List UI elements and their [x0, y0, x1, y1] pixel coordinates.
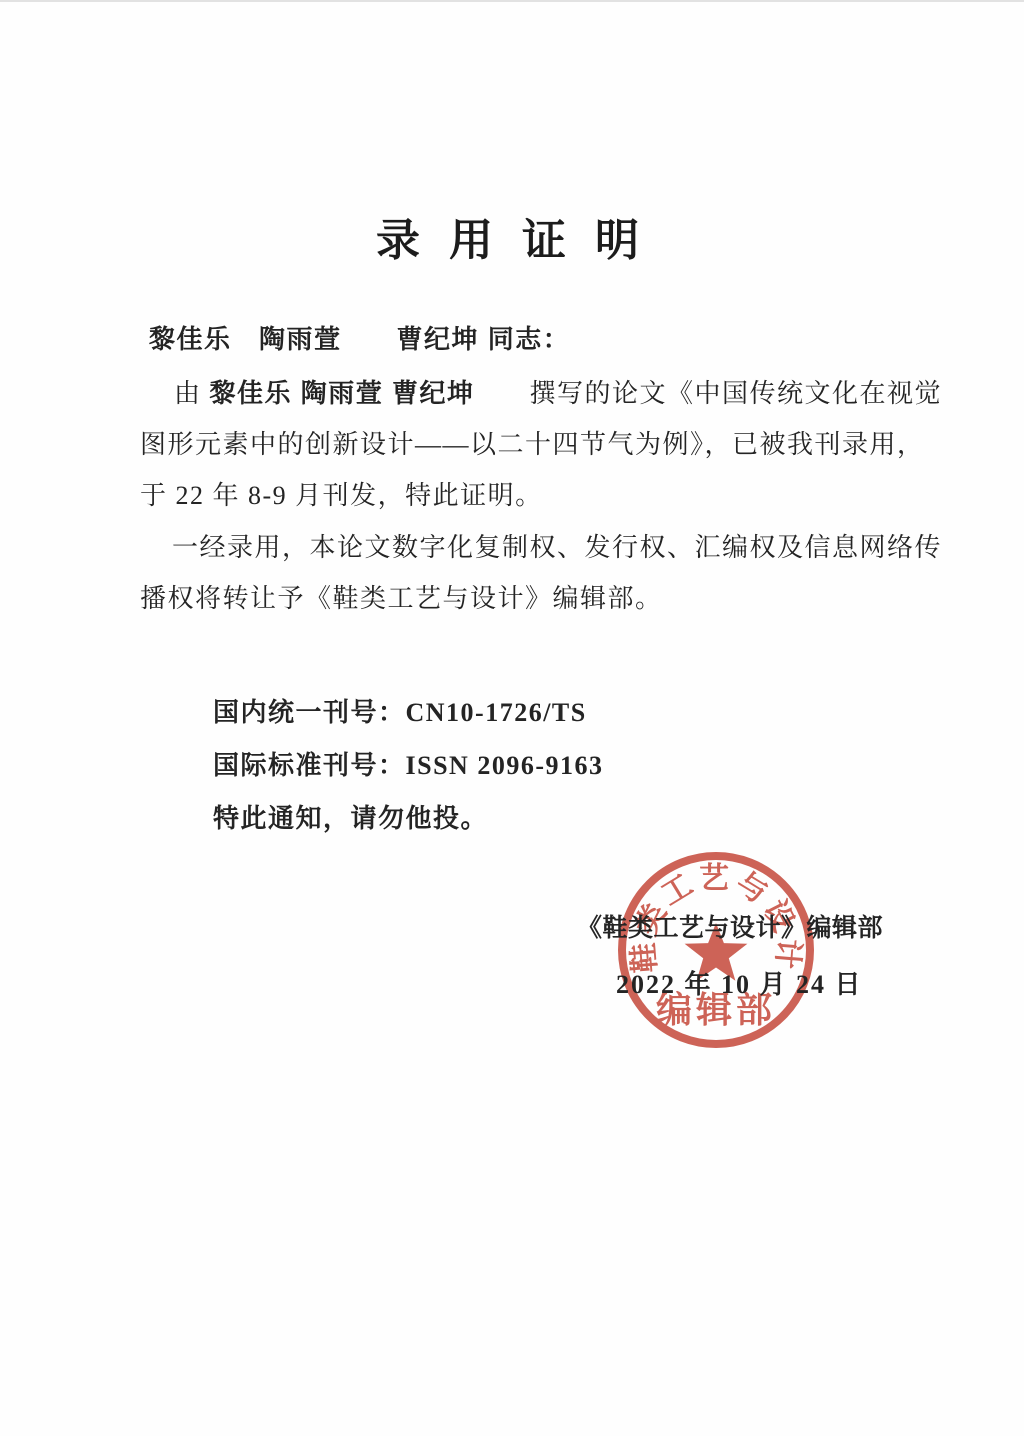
body-line-2: 图形元素中的创新设计——以二十四节气为例》，已被我刊录用， — [140, 428, 925, 462]
notice-line: 特此通知，请勿他投。 — [213, 802, 488, 836]
body-line-3: 于 22 年 8-9 月刊发，特此证明。 — [140, 479, 543, 513]
body-line-5: 播权将转让予《鞋类工艺与设计》编辑部。 — [140, 582, 663, 616]
author-names: 黎佳乐 陶雨萱 曹纪坤 — [210, 378, 475, 408]
editorial-stamp: 鞋类工艺与设计 编辑部 — [596, 830, 836, 1070]
signature-organization: 《鞋类工艺与设计》编辑部 — [577, 912, 883, 946]
signature-date: 2022 年 10 月 24 日 — [616, 968, 863, 1002]
issn-number-line: 国际标准刊号：ISSN 2096-9163 — [213, 749, 603, 783]
body-line-1-suffix: 撰写的论文《中国传统文化在视觉 — [474, 379, 942, 408]
body-line-4: 一经录用，本论文数字化复制权、发行权、汇编权及信息网络传 — [172, 531, 942, 565]
addressee-line: 黎佳乐 陶雨萱 曹纪坤 同志： — [149, 322, 570, 356]
cn-number-line: 国内统一刊号：CN10-1726/TS — [213, 696, 587, 730]
certificate-title: 录 用 证 明 — [0, 204, 1024, 268]
acceptance-certificate-page: 录 用 证 明 黎佳乐 陶雨萱 曹纪坤 同志： 由 黎佳乐 陶雨萱 曹纪坤 撰写… — [0, 0, 1024, 1436]
body-line-1: 由 黎佳乐 陶雨萱 曹纪坤 撰写的论文《中国传统文化在视觉 — [174, 376, 942, 411]
body-line-1-prefix: 由 — [174, 379, 210, 408]
page-top-edge — [0, 0, 1024, 2]
